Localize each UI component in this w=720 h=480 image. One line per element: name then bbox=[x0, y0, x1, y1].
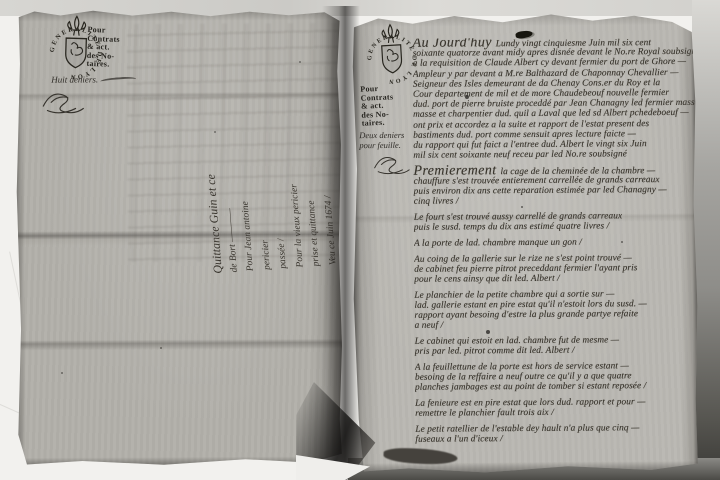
right-page: PourContrats& act.des No-taires. Deux de… bbox=[350, 9, 699, 475]
manuscript-line: planches jambages est au point de tomber… bbox=[415, 381, 697, 393]
stamp-printed-line: taires. bbox=[86, 60, 119, 70]
paragraph: Au Jourd'huy Lundy vingt cinquiesme Juin… bbox=[413, 37, 696, 161]
paragraph: A la porte de lad. chambre manque un gon… bbox=[414, 237, 696, 249]
left-page: PourContrats& act.des No-taires. Huit de… bbox=[15, 7, 343, 467]
manuscript-line: puis le susd. temps du dix ans estimé qu… bbox=[414, 221, 696, 233]
paragraph: Le planchier de la petite chambre qui a … bbox=[414, 288, 696, 331]
manuscript-line: a neuf / bbox=[415, 319, 697, 331]
stamp-printed-line: taires. bbox=[362, 119, 395, 129]
docket-text: Quittance Guin et cede Bort ————Pour Jea… bbox=[198, 105, 342, 274]
paper-specks bbox=[0, 0, 2, 2]
paragraph: Le fourt s'est trouvé aussy carrellé de … bbox=[414, 211, 696, 233]
paragraph: Le cabinet qui estoit en lad. chambre fu… bbox=[415, 335, 697, 357]
backdrop-right-strip bbox=[692, 0, 720, 480]
paragraph: Au coing de la gallerie sur le rize ne s… bbox=[414, 252, 696, 285]
manuscript-line: masse et charpentier dud. quil a Laval q… bbox=[413, 108, 695, 120]
fee-note-text: Huit deniers. bbox=[51, 74, 98, 84]
paragraph: La fenieure est en pire estat que lors d… bbox=[415, 397, 697, 419]
manuscript-line: remettre le planchier fault trois aix / bbox=[415, 407, 697, 419]
manuscript-line: pour le cens ainsy que dit led. Albert / bbox=[414, 273, 696, 285]
manuscript-line: A la porte de lad. chambre manque un gon… bbox=[414, 237, 696, 249]
fee-note: Huit deniers. bbox=[51, 74, 136, 84]
manuscript-line: cinq livres / bbox=[414, 195, 696, 207]
manuscript-line: pris par led. pitrot comme dit led. Albe… bbox=[415, 345, 697, 357]
paragraph: Premierement la cage de la cheminée de l… bbox=[413, 165, 695, 208]
notary-paraph bbox=[369, 149, 419, 179]
notary-paraph bbox=[37, 84, 95, 118]
manuscript-line: fuseaux a l'un d'iceux / bbox=[415, 433, 697, 445]
pen-swash bbox=[100, 76, 136, 85]
manuscript-body-text: Au Jourd'huy Lundy vingt cinquiesme Juin… bbox=[413, 37, 698, 451]
paragraph: A la feuillettune de la porte est hors d… bbox=[415, 361, 697, 394]
tax-stamp-printed-text: PourContrats& act.des No-taires. bbox=[86, 26, 120, 70]
paragraph: Le petit ratellier de l'estable dey haul… bbox=[415, 422, 697, 444]
archival-manuscript-photograph: PourContrats& act.des No-taires. Huit de… bbox=[0, 0, 720, 480]
tax-stamp-printed-text: PourContrats& act.des No-taires. bbox=[360, 84, 394, 128]
manuscript-line: mil six cent soixante neuf receu par led… bbox=[413, 149, 695, 161]
fee-note: Deux denierspour feuille. bbox=[359, 131, 404, 150]
